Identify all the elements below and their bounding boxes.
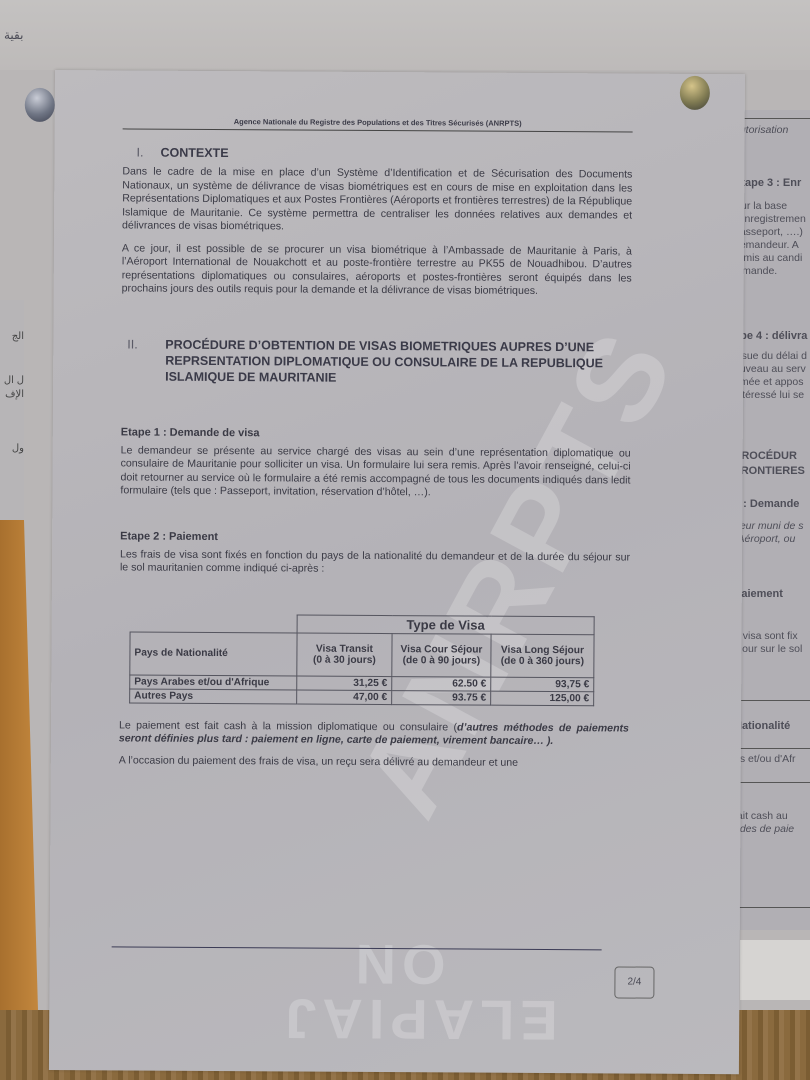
section-1-heading: I.CONTEXTE <box>136 145 632 162</box>
watermark-bottom-2: ELAPIAJ <box>279 986 558 1053</box>
section-number: I. <box>136 145 160 159</box>
section-title: PROCÉDURE D’OBTENTION DE VISAS BIOMETRIQ… <box>165 336 631 387</box>
table-row: Autres Pays 47,00 € 93.75 € 125,00 € <box>130 688 594 705</box>
column-header: Visa Long Séjour(de 0 à 360 jours) <box>491 634 594 678</box>
section-title: CONTEXTE <box>160 146 228 160</box>
step-1-title: Etape 1 : Demande de visa <box>121 426 631 441</box>
paragraph: A ce jour, il est possible de se procure… <box>122 242 632 299</box>
column-header: Visa Transit(0 à 30 jours) <box>297 632 392 676</box>
document-page: ANRPTS ON ELAPIAJ Agence Nationale du Re… <box>49 70 745 1074</box>
paragraph-continued: A l’occasion du paiement des frais de vi… <box>119 754 629 771</box>
paragraph: Le demandeur se présente au service char… <box>120 444 630 501</box>
column-header: Visa Cour Séjour(de 0 à 90 jours) <box>392 633 491 677</box>
paragraph: Les frais de visa sont fixés en fonction… <box>120 548 630 578</box>
group-header: Type de Visa <box>297 614 594 634</box>
step-2-title: Etape 2 : Paiement <box>120 530 630 545</box>
payment-note: Le paiement est fait cash à la mission d… <box>119 719 629 749</box>
section-number: II. <box>127 336 165 384</box>
document-content: Agence Nationale du Registre des Populat… <box>119 116 633 770</box>
visa-fee-table: Type de Visa Pays de Nationalité Visa Tr… <box>129 613 595 706</box>
document-header: Agence Nationale du Registre des Populat… <box>123 116 633 132</box>
wall-background <box>0 0 810 70</box>
pushpin-icon <box>680 76 710 110</box>
reflection-strip <box>740 940 810 1000</box>
wooden-frame <box>0 520 40 1080</box>
page-number: 2/4 <box>614 966 654 998</box>
section-2-heading: II.PROCÉDURE D’OBTENTION DE VISAS BIOMET… <box>127 336 631 387</box>
background-arabic-text: بقية <box>4 28 23 42</box>
row-header: Pays de Nationalité <box>130 631 297 675</box>
pushpin-icon <box>25 88 55 122</box>
paragraph: Dans le cadre de la mise en place d’un S… <box>122 165 632 236</box>
